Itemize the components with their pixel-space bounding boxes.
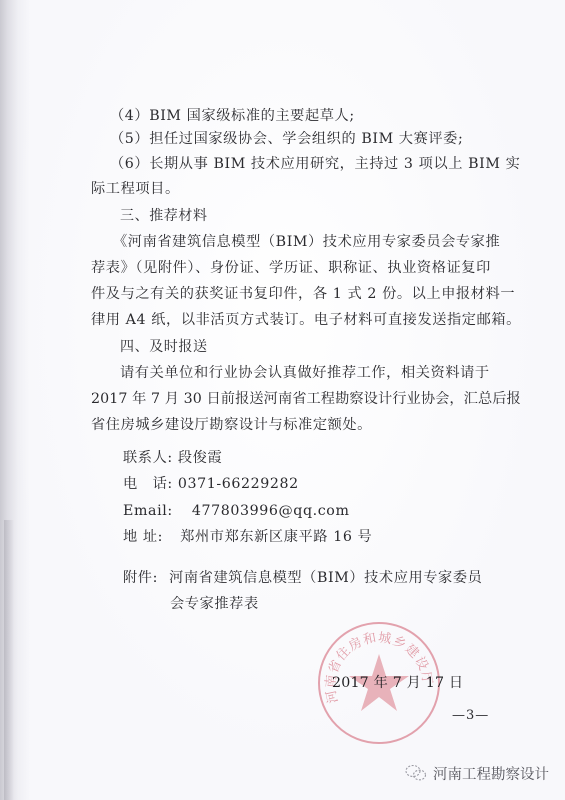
document-date: 2017 年 7 月 17 日 bbox=[332, 674, 463, 692]
paragraph-line: 律用 A4 纸，以非活页方式装订。电子材料可直接发送指定邮箱。 bbox=[91, 311, 521, 329]
contact-person-row: 联系人: 段俊霞 bbox=[123, 449, 222, 467]
paragraph-line: 件及与之有关的获奖证书复印件，各 1 式 2 份。以上申报材料一 bbox=[91, 285, 515, 303]
attachment-row: 附件: 河南省建筑信息模型（BIM）技术应用专家委员 bbox=[123, 569, 482, 587]
attachment-title-cont: 会专家推荐表 bbox=[170, 595, 259, 613]
contact-email-row: Email: 477803996@qq.com bbox=[123, 502, 350, 520]
criteria-item-4: （4）BIM 国家级标准的主要起草人; bbox=[110, 107, 355, 125]
contact-phone-label: 电 话: bbox=[123, 476, 173, 492]
paragraph-line: 请有关单位和行业协会认真做好推荐工作，相关资料请于 bbox=[120, 364, 490, 382]
contact-person-label: 联系人: bbox=[123, 450, 173, 466]
contact-email-value: 477803996@qq.com bbox=[192, 503, 350, 519]
criteria-item-6-cont: 际工程项目。 bbox=[91, 180, 180, 198]
contact-phone-row: 电 话: 0371-66229282 bbox=[123, 475, 299, 493]
contact-address-value: 郑州市郑东新区康平路 16 号 bbox=[180, 529, 372, 545]
section-heading-submission: 四、及时报送 bbox=[120, 338, 208, 356]
paragraph-line: 2017 年 7 月 30 日前报送河南省工程勘察设计行业协会，汇总后报 bbox=[91, 390, 521, 408]
contact-email-label: Email: bbox=[123, 503, 173, 519]
criteria-item-6: （6）长期从事 BIM 技术应用研究，主持过 3 项以上 BIM 实 bbox=[110, 155, 520, 173]
section-heading-materials: 三、推荐材料 bbox=[120, 207, 208, 225]
criteria-item-5: （5）担任过国家级协会、学会组织的 BIM 大赛评委; bbox=[110, 130, 463, 148]
paragraph-line: 省住房城乡建设厅勘察设计与标准定额处。 bbox=[91, 416, 372, 434]
paragraph-line: 《河南省建筑信息模型（BIM）技术应用专家委员会专家推 bbox=[113, 233, 500, 251]
contact-person-value: 段俊霞 bbox=[178, 450, 222, 466]
paragraph-line: 荐表》（见附件）、身份证、学历证、职称证、执业资格证复印 bbox=[91, 259, 491, 277]
attachment-label: 附件: bbox=[123, 570, 158, 586]
watermark-text: 河南工程勘察设计 bbox=[433, 763, 549, 784]
wechat-watermark: 河南工程勘察设计 bbox=[405, 762, 549, 784]
contact-address-row: 地 址: 郑州市郑东新区康平路 16 号 bbox=[123, 528, 372, 546]
wechat-icon bbox=[405, 764, 427, 782]
attachment-title: 河南省建筑信息模型（BIM）技术应用专家委员 bbox=[169, 570, 482, 586]
contact-address-label: 地 址: bbox=[123, 529, 163, 545]
page-number: —3— bbox=[452, 708, 489, 723]
contact-phone-value: 0371-66229282 bbox=[178, 476, 299, 492]
